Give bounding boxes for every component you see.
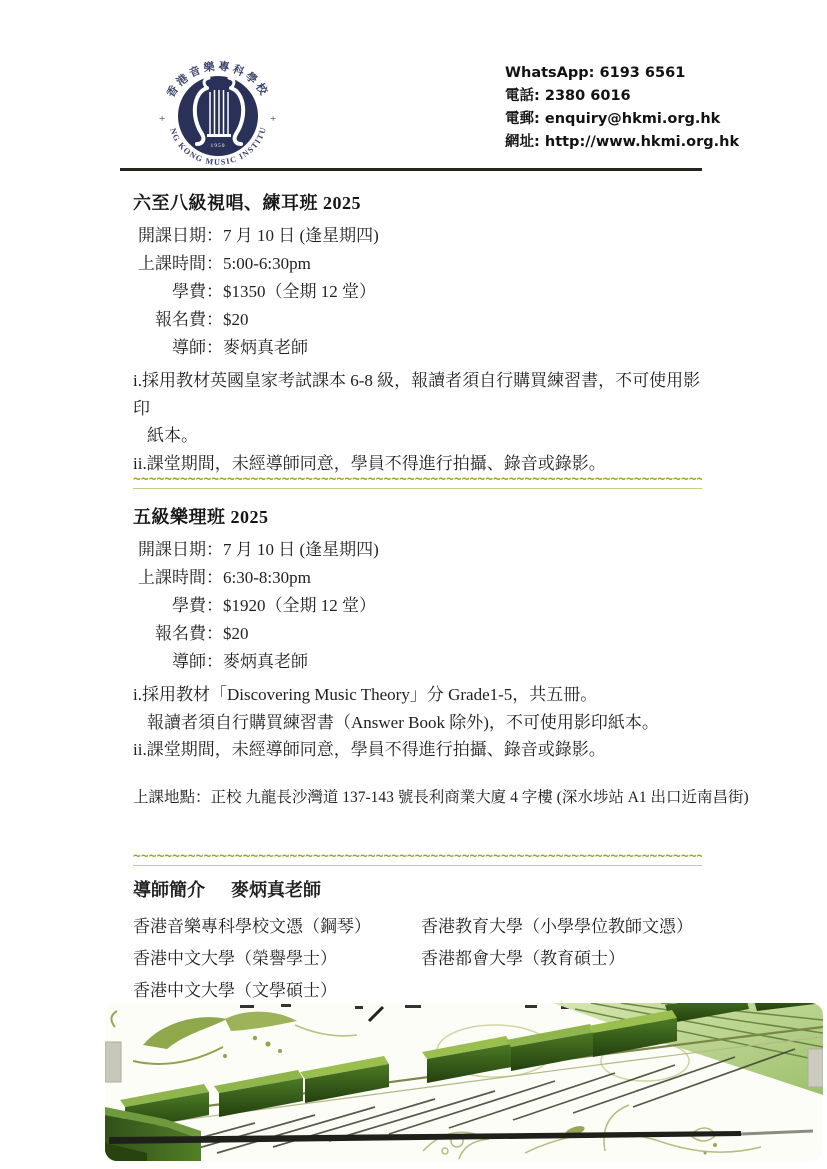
course2-note-1-cont: 報讀者須自行購買練習書（Answer Book 除外)，不可使用影印紙本。 — [147, 709, 713, 737]
course1-tuition-fee: 學費：$1350（全期 12 堂） — [133, 278, 713, 306]
course1-start-date: 開課日期：7 月 10 日 (逢星期四) — [133, 222, 713, 250]
qualification-item: 香港教育大學（小學學位教師文憑） — [421, 911, 713, 943]
course2-section: 五級樂理班 2025 開課日期：7 月 10 日 (逢星期四) 上課時間：6:3… — [133, 503, 713, 764]
course2-tuition-fee: 學費：$1920（全期 12 堂） — [133, 592, 713, 620]
course2-class-time: 上課時間：6:30-8:30pm — [133, 564, 713, 592]
flyer-page: 香港音樂專科學校 HONG KONG MUSIC INSTITUTE + + — [0, 0, 827, 1169]
logo-plus-right: + — [270, 113, 276, 125]
wavy-divider-1: ~~~~~~~~~~~~~~~~~~~~~~~~~~~~~~~~~~~~~~~~… — [133, 472, 702, 489]
piano-keys-illustration — [105, 1003, 823, 1161]
class-location: 上課地點：正校 九龍長沙灣道 137-143 號長利商業大廈 4 字樓 (深水埗… — [133, 785, 713, 807]
course2-note-1: i.採用教材「Discovering Music Theory」分 Grade1… — [133, 681, 713, 709]
course1-title: 六至八級視唱、練耳班 2025 — [133, 189, 713, 215]
course2-start-date: 開課日期：7 月 10 日 (逢星期四) — [133, 536, 713, 564]
course1-note-1-cont: 紙本。 — [147, 422, 713, 450]
course2-instructor: 導師：麥炳真老師 — [133, 648, 713, 676]
contact-email: 電郵: enquiry@hkmi.org.hk — [505, 108, 739, 131]
course2-notes: i.採用教材「Discovering Music Theory」分 Grade1… — [133, 681, 713, 764]
logo-plus-left: + — [159, 113, 165, 125]
instructor-bio-section: 導師簡介麥炳真老師 香港音樂專科學校文憑（鋼琴） 香港教育大學（小學學位教師文憑… — [133, 876, 713, 1007]
contact-block: WhatsApp: 6193 6561 電話: 2380 6016 電郵: en… — [505, 62, 739, 154]
contact-whatsapp: WhatsApp: 6193 6561 — [505, 62, 739, 85]
piano-keys-image — [105, 1003, 823, 1161]
course1-instructor: 導師：麥炳真老師 — [133, 334, 713, 362]
course1-note-1: i.採用教材英國皇家考試課本 6-8 級，報讀者須自行購買練習書，不可使用影印 — [133, 367, 713, 422]
qualification-item: 香港中文大學（榮譽學士） — [133, 943, 421, 975]
course1-class-time: 上課時間：5:00-6:30pm — [133, 250, 713, 278]
course2-note-2: ii.課堂期間，未經導師同意，學員不得進行拍攝、錄音或錄影。 — [133, 736, 713, 764]
course2-title: 五級樂理班 2025 — [133, 503, 713, 529]
qualification-list: 香港音樂專科學校文憑（鋼琴） 香港教育大學（小學學位教師文憑） 香港中文大學（榮… — [133, 911, 713, 1007]
course1-registration-fee: 報名費：$20 — [133, 306, 713, 334]
logo-year: 1950 — [211, 143, 226, 149]
wavy-divider-2: ~~~~~~~~~~~~~~~~~~~~~~~~~~~~~~~~~~~~~~~~… — [133, 849, 702, 866]
course1-section: 六至八級視唱、練耳班 2025 開課日期：7 月 10 日 (逢星期四) 上課時… — [133, 189, 713, 477]
header-divider-line — [120, 168, 702, 171]
qualification-item: 香港都會大學（教育碩士） — [421, 943, 713, 975]
course1-notes: i.採用教材英國皇家考試課本 6-8 級，報讀者須自行購買練習書，不可使用影印 … — [133, 367, 713, 477]
hkmi-logo: 香港音樂專科學校 HONG KONG MUSIC INSTITUTE + + — [150, 54, 286, 172]
bio-instructor-name: 麥炳真老師 — [231, 880, 321, 900]
qualification-item: 香港音樂專科學校文憑（鋼琴） — [133, 911, 421, 943]
lyre-emblem-icon: 香港音樂專科學校 HONG KONG MUSIC INSTITUTE + + — [150, 54, 286, 172]
contact-phone: 電話: 2380 6016 — [505, 85, 739, 108]
contact-website: 網址: http://www.hkmi.org.hk — [505, 131, 739, 154]
bio-heading: 導師簡介麥炳真老師 — [133, 876, 713, 902]
course2-registration-fee: 報名費：$20 — [133, 620, 713, 648]
